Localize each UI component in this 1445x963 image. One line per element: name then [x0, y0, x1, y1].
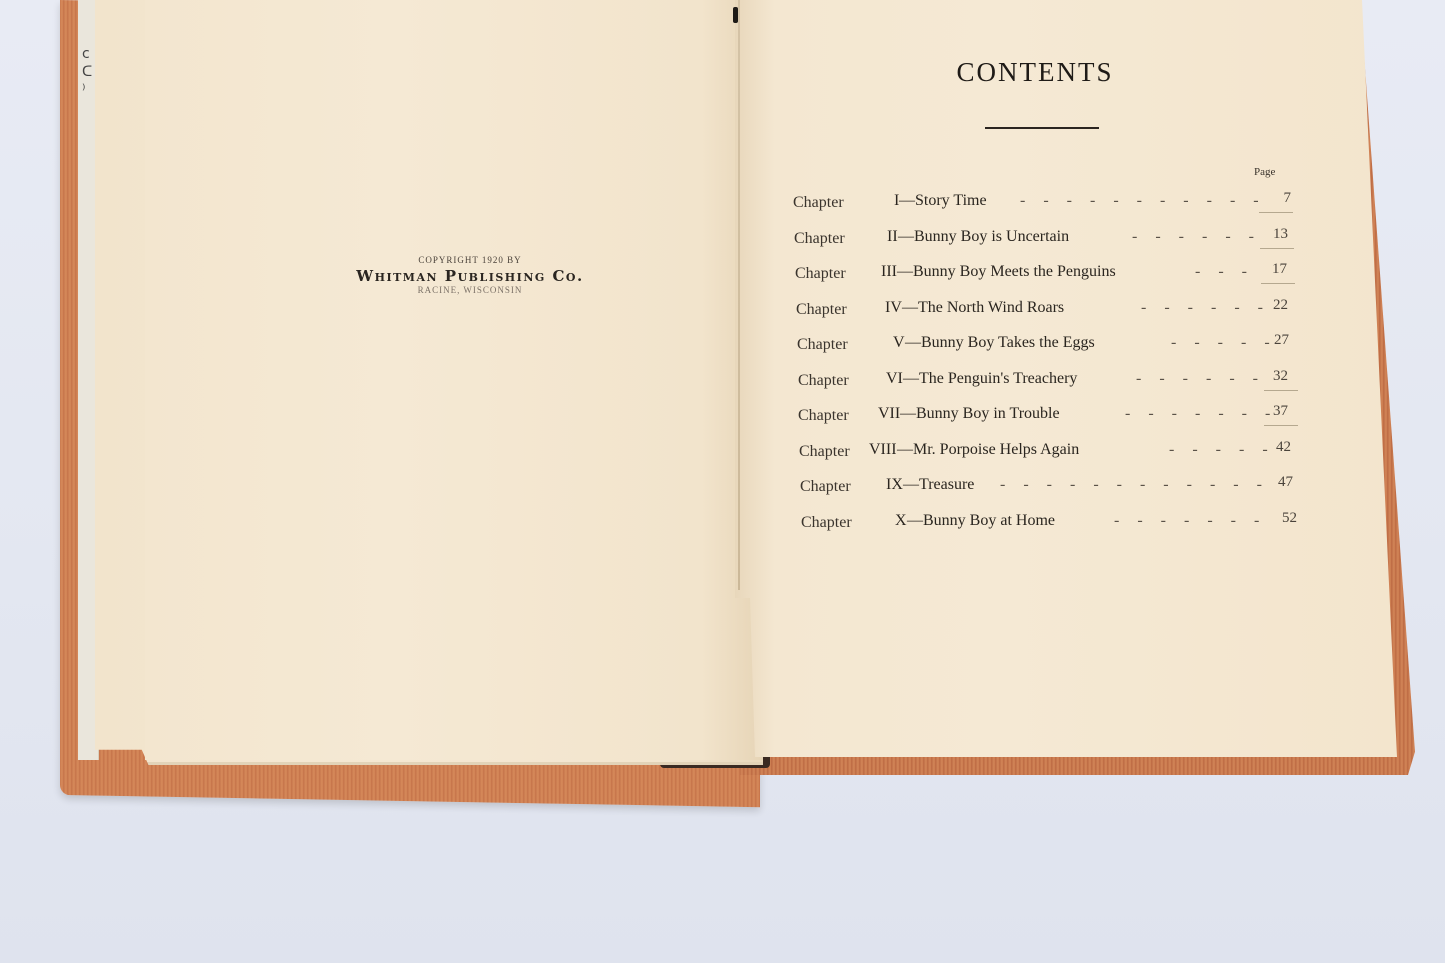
page-underline — [1264, 390, 1298, 391]
chapter-numeral: VI — [886, 370, 903, 388]
page-number: 13 — [1258, 226, 1288, 243]
page-number: 32 — [1258, 368, 1288, 385]
chapter-title: —Story Time — [899, 192, 987, 210]
publisher-name: Whitman Publishing Co. — [340, 267, 600, 285]
chapter-label: Chapter — [796, 301, 847, 319]
page-number: 17 — [1257, 261, 1287, 278]
toc-entry: Chapter VIII —Mr. Porpoise Helps Again -… — [799, 437, 1319, 473]
page-number: 47 — [1263, 474, 1293, 491]
chapter-numeral: IV — [885, 299, 902, 317]
toc-entry: Chapter X —Bunny Boy at Home - - - - - -… — [801, 508, 1321, 544]
table-of-contents: Chapter I —Story Time - - - - - - - - - … — [793, 188, 1313, 543]
chapter-label: Chapter — [795, 265, 846, 283]
toc-entry: Chapter II —Bunny Boy is Uncertain - - -… — [794, 224, 1314, 260]
page-column-label: Page — [1254, 166, 1275, 178]
dot-leader: - - - - - — [1169, 441, 1275, 459]
chapter-label: Chapter — [799, 443, 850, 461]
publisher-location: RACINE, WISCONSIN — [340, 285, 600, 295]
left-page — [145, 0, 763, 760]
contents-rule — [985, 127, 1099, 129]
chapter-title: —Treasure — [903, 476, 974, 494]
copyright-line: COPYRIGHT 1920 BY — [340, 255, 600, 265]
chapter-label: Chapter — [797, 336, 848, 354]
chapter-numeral: VII — [878, 405, 900, 423]
chapter-title: —The North Wind Roars — [902, 299, 1064, 317]
page-number: 52 — [1267, 510, 1297, 527]
page-number: 7 — [1261, 190, 1291, 207]
page-underline — [1264, 425, 1298, 426]
copyright-notice: COPYRIGHT 1920 BY Whitman Publishing Co.… — [340, 255, 600, 295]
chapter-label: Chapter — [794, 230, 845, 248]
chapter-label: Chapter — [798, 372, 849, 390]
dot-leader: - - - - - - - - - - - — [1020, 192, 1266, 210]
toc-entry: Chapter IX —Treasure - - - - - - - - - -… — [800, 472, 1320, 508]
page-underline — [1260, 248, 1294, 249]
contents-title: CONTENTS — [900, 57, 1170, 88]
chapter-numeral: III — [881, 263, 897, 281]
chapter-title: —The Penguin's Treachery — [903, 370, 1077, 388]
endpaper-marks: ⅽ ᑕ ⁾ — [82, 45, 92, 99]
book-photo-scene: ⅽ ᑕ ⁾ COPYRIGHT 1920 BY Whitman Publishi… — [0, 0, 1445, 963]
dot-leader: - - - - - - - — [1114, 512, 1266, 530]
chapter-title: —Bunny Boy Meets the Penguins — [897, 263, 1116, 281]
toc-entry: Chapter V —Bunny Boy Takes the Eggs - - … — [797, 330, 1317, 366]
page-number: 37 — [1258, 403, 1288, 420]
dot-leader: - - - - - - - - - - - - — [1000, 476, 1269, 494]
dot-leader: - - - — [1195, 263, 1254, 281]
chapter-label: Chapter — [793, 194, 844, 212]
chapter-numeral: IX — [886, 476, 903, 494]
chapter-numeral: X — [895, 512, 907, 530]
chapter-title: —Mr. Porpoise Helps Again — [897, 441, 1079, 459]
page-number: 22 — [1258, 297, 1288, 314]
page-number: 27 — [1259, 332, 1289, 349]
gutter — [738, 0, 740, 590]
dot-leader: - - - - - - — [1141, 299, 1270, 317]
page-underline — [1259, 212, 1293, 213]
gutter-mark — [733, 7, 738, 23]
chapter-label: Chapter — [800, 478, 851, 496]
chapter-label: Chapter — [798, 407, 849, 425]
chapter-title: —Bunny Boy is Uncertain — [898, 228, 1069, 246]
toc-entry: Chapter IV —The North Wind Roars - - - -… — [796, 295, 1316, 331]
dot-leader: - - - - - - — [1136, 370, 1265, 388]
toc-entry: Chapter VII —Bunny Boy in Trouble - - - … — [798, 401, 1318, 437]
chapter-numeral: VIII — [869, 441, 897, 459]
page-number: 42 — [1261, 439, 1291, 456]
chapter-numeral: V — [893, 334, 905, 352]
chapter-title: —Bunny Boy at Home — [907, 512, 1055, 530]
toc-entry: Chapter III —Bunny Boy Meets the Penguin… — [795, 259, 1315, 295]
chapter-title: —Bunny Boy in Trouble — [900, 405, 1060, 423]
toc-entry: Chapter I —Story Time - - - - - - - - - … — [793, 188, 1313, 224]
chapter-title: —Bunny Boy Takes the Eggs — [905, 334, 1095, 352]
toc-entry: Chapter VI —The Penguin's Treachery - - … — [798, 366, 1318, 402]
dot-leader: - - - - - - - — [1125, 405, 1277, 423]
chapter-numeral: II — [887, 228, 898, 246]
page-underline — [1261, 283, 1295, 284]
dot-leader: - - - - - - — [1132, 228, 1261, 246]
chapter-label: Chapter — [801, 514, 852, 532]
